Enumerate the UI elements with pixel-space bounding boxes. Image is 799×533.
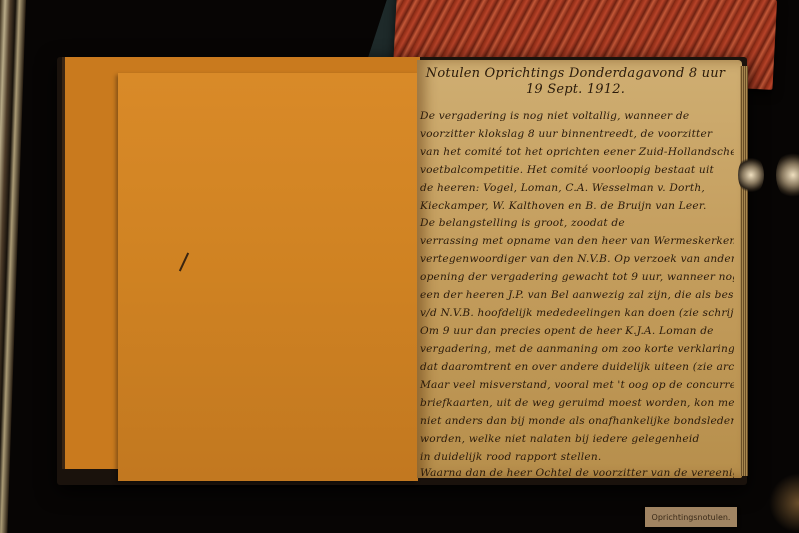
page-edges	[740, 66, 748, 476]
handwritten-line: opening der vergadering gewacht tot 9 uu…	[417, 271, 734, 283]
handwritten-line: vergadering, met de aanmaning om zoo kor…	[417, 343, 734, 355]
handwritten-line: de heeren: Vogel, Loman, C.A. Wesselman …	[417, 182, 734, 194]
handwritten-line: briefkaarten, uit de weg geruimd moest w…	[417, 397, 734, 409]
ambient-glow	[769, 473, 799, 533]
handwritten-line: van het comité tot het oprichten eener Z…	[417, 146, 734, 158]
handwritten-line: verrassing met opname van den heer van W…	[417, 235, 734, 247]
left-flyleaf-page	[118, 73, 418, 481]
exhibit-label: Oprichtingsnotulen.	[645, 507, 737, 527]
museum-display-scene: Notulen Oprichtings Donderdagavond 8 uur…	[0, 0, 799, 533]
handwritten-line: vertegenwoordiger van den N.V.B. Op verz…	[417, 253, 734, 265]
handwritten-line: De belangstelling is groot, zoodat de	[417, 217, 734, 229]
handwritten-line: Kieckamper, W. Kalthoven en B. de Bruijn…	[417, 200, 734, 212]
handwritten-line: Maar veel misverstand, vooral met 't oog…	[417, 379, 734, 391]
handwritten-line: een der heeren J.P. van Bel aanwezig zal…	[417, 289, 734, 301]
handwritten-line: De vergadering is nog niet voltallig, wa…	[417, 110, 734, 122]
handwritten-line: in duidelijk rood rapport stellen.	[417, 451, 734, 463]
exhibit-label-text: Oprichtingsnotulen.	[652, 513, 731, 522]
page-title-line-1: Notulen Oprichtings Donderdagavond 8 uur	[417, 66, 734, 81]
page-title-date: 19 Sept. 1912.	[417, 82, 734, 97]
handwritten-line: Waarna dan de heer Ochtel de voorzitter …	[417, 467, 734, 479]
handwritten-line: voorzitter klokslag 8 uur binnentreedt, …	[417, 128, 734, 140]
display-light-left	[738, 155, 764, 195]
handwritten-line: worden, welke niet nalaten bij iedere ge…	[417, 433, 734, 445]
handwritten-line: Om 9 uur dan precies opent de heer K.J.A…	[417, 325, 734, 337]
handwritten-line: dat daaromtrent en over andere duidelijk…	[417, 361, 734, 373]
handwritten-line: voetbalcompetitie. Het comité voorloopig…	[417, 164, 734, 176]
display-case-frame-edge	[0, 0, 26, 533]
display-light-right	[776, 150, 799, 200]
handwritten-page: Notulen Oprichtings Donderdagavond 8 uur…	[417, 60, 742, 478]
handwritten-line: niet anders dan bij monde als onafhankel…	[417, 415, 734, 427]
handwritten-line: v/d N.V.B. hoofdelijk mededeelingen kan …	[417, 307, 734, 319]
